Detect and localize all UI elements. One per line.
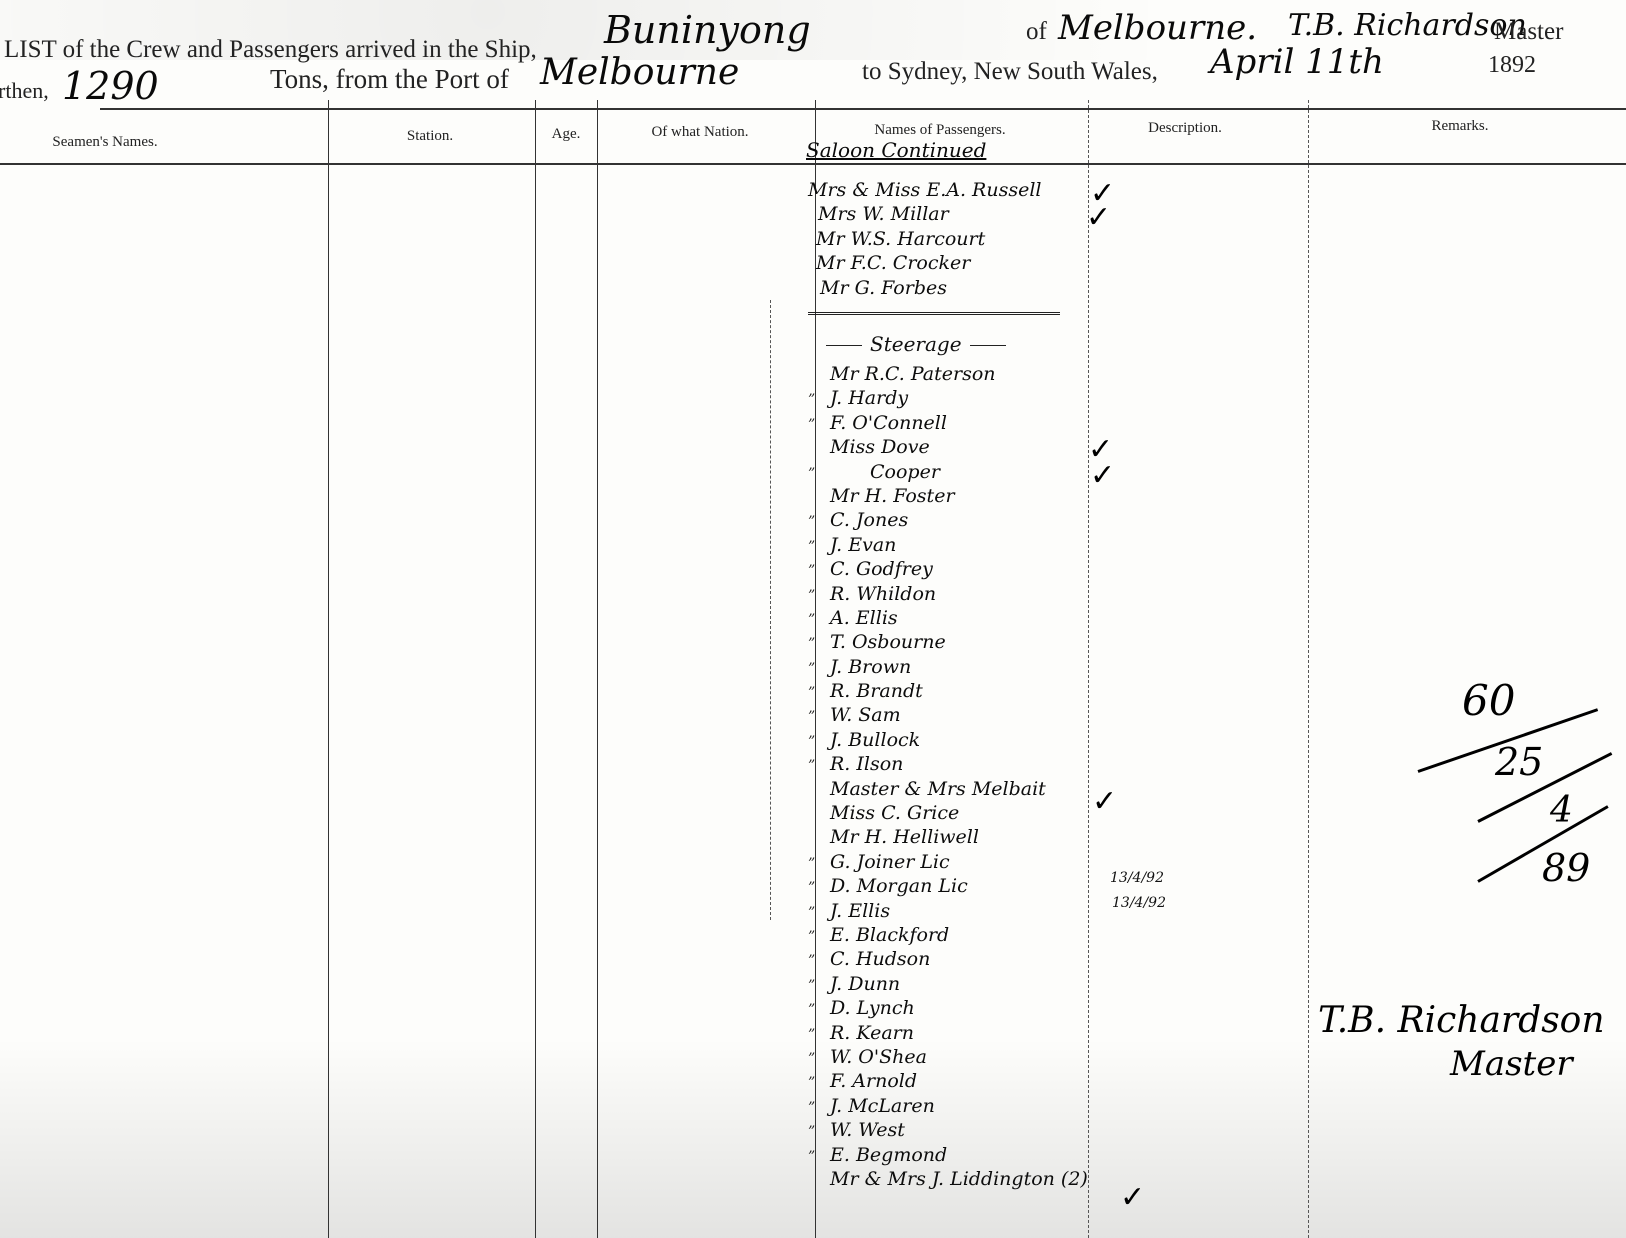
- passenger-name: D. Morgan Lic: [830, 875, 968, 897]
- passenger-row: ”R. Kearn: [808, 1021, 1078, 1045]
- licence-date-note: 13/4/92: [1112, 895, 1166, 911]
- passenger-name: Mr W.S. Harcourt: [816, 228, 985, 250]
- ditto-mark: ”: [808, 632, 830, 656]
- passenger-row: ”J. Brown: [808, 655, 1078, 679]
- passenger-row: ”W. O'Shea: [808, 1045, 1078, 1069]
- passenger-row: ”Cooper: [808, 460, 1078, 484]
- master-signature: T.B. Richardson: [1318, 1000, 1605, 1041]
- ditto-mark: ”: [808, 584, 830, 608]
- passenger-row: ”R. Brandt: [808, 679, 1078, 703]
- tally-number: 89: [1542, 846, 1590, 890]
- ditto-mark: ”: [808, 852, 830, 876]
- passenger-row: Miss Dove: [808, 435, 1078, 459]
- ditto-mark: ”: [808, 388, 830, 412]
- section-saloon-continued: Saloon Continued: [806, 138, 986, 162]
- column-header-age: Age.: [537, 126, 595, 143]
- ditto-mark: ”: [808, 949, 830, 973]
- tally-number: 4: [1550, 790, 1573, 831]
- ship-name: Buninyong: [604, 8, 811, 52]
- column-divider-remarks: [1308, 100, 1309, 1238]
- column-header-description: Description.: [1110, 120, 1260, 137]
- passenger-row: ”C. Hudson: [808, 947, 1078, 971]
- master-label: Master: [1494, 18, 1563, 46]
- ditto-mark: ”: [808, 705, 830, 729]
- column-divider-station: [328, 100, 329, 1238]
- saloon-end-rule: [808, 312, 1060, 315]
- steerage-passenger-list: Mr R.C. Paterson ”J. Hardy ”F. O'Connell…: [808, 362, 1078, 1191]
- passenger-row: ”J. Evan: [808, 533, 1078, 557]
- passenger-name: W. O'Shea: [830, 1046, 927, 1068]
- column-header-passengers: Names of Passengers.: [840, 122, 1040, 139]
- passenger-row: ”E. Blackford: [808, 923, 1078, 947]
- passenger-row: ”J. Dunn: [808, 972, 1078, 996]
- ditto-mark: ”: [808, 998, 830, 1022]
- ditto-mark: ”: [808, 657, 830, 681]
- ditto-mark: ”: [808, 1071, 830, 1095]
- passenger-name: F. O'Connell: [830, 412, 947, 434]
- passenger-name: J. Dunn: [830, 973, 900, 995]
- passenger-name: R. Ilson: [830, 753, 903, 775]
- passenger-name: W. West: [830, 1119, 905, 1141]
- passenger-name: R. Kearn: [830, 1022, 914, 1044]
- passenger-row: ”E. Begmond: [808, 1143, 1078, 1167]
- passenger-name: J. McLaren: [830, 1095, 935, 1117]
- passenger-name: T. Osbourne: [830, 631, 946, 653]
- arrival-date: April 11th: [1210, 42, 1384, 82]
- tally-number: 25: [1495, 740, 1543, 784]
- passenger-row: ”J. McLaren: [808, 1094, 1078, 1118]
- passenger-name: W. Sam: [830, 704, 901, 726]
- passenger-row: Mr W.S. Harcourt: [808, 227, 1078, 251]
- passenger-name: C. Hudson: [830, 948, 930, 970]
- column-header-nation: Of what Nation.: [620, 124, 780, 141]
- check-mark-icon: ✓: [1092, 784, 1117, 819]
- passenger-name: F. Arnold: [830, 1070, 917, 1092]
- tonnage: 1290: [62, 64, 159, 108]
- header-list-title: LIST of the Crew and Passengers arrived …: [4, 36, 537, 64]
- passenger-name: Cooper: [830, 461, 940, 483]
- passenger-row: ”W. West: [808, 1118, 1078, 1142]
- ditto-mark: ”: [808, 876, 830, 900]
- passenger-name: J. Hardy: [830, 387, 908, 409]
- check-mark-icon: ✓: [1086, 200, 1111, 235]
- passenger-name: D. Lynch: [830, 997, 915, 1019]
- ditto-mark: ”: [808, 510, 830, 534]
- check-mark-icon: ✓: [1120, 1180, 1145, 1215]
- ditto-mark: ”: [808, 754, 830, 778]
- ditto-mark: ”: [808, 1120, 830, 1144]
- passenger-name: E. Begmond: [830, 1144, 947, 1166]
- ditto-mark: ”: [808, 1096, 830, 1120]
- passenger-row: Mr & Mrs J. Liddington (2): [808, 1167, 1078, 1191]
- passenger-row: ”D. Lynch: [808, 996, 1078, 1020]
- arrival-year: 1892: [1488, 52, 1536, 79]
- ditto-mark: ”: [808, 535, 830, 559]
- passenger-row: Mr G. Forbes: [808, 276, 1078, 300]
- ditto-mark: ”: [808, 974, 830, 998]
- passenger-row: ”A. Ellis: [808, 606, 1078, 630]
- of-label: of: [1026, 18, 1047, 46]
- passenger-name: E. Blackford: [830, 924, 949, 946]
- passenger-row: ”R. Ilson: [808, 752, 1078, 776]
- tons-from-port-label: Tons, from the Port of: [270, 64, 509, 95]
- burthen-label: rthen,: [0, 78, 49, 104]
- passenger-name: J. Evan: [830, 534, 896, 556]
- passenger-row: ”R. Whildon: [808, 582, 1078, 606]
- passenger-row: Mrs & Miss E.A. Russell: [808, 178, 1078, 202]
- passenger-name: Miss C. Grice: [830, 802, 959, 824]
- destination-label: to Sydney, New South Wales,: [862, 58, 1158, 86]
- ditto-mark: ”: [808, 1023, 830, 1047]
- column-header-seamens-names: Seamen's Names.: [30, 134, 180, 151]
- tally-number: 60: [1462, 676, 1515, 725]
- nation-inner-rule: [770, 300, 771, 920]
- passenger-row: ”J. Hardy: [808, 386, 1078, 410]
- passenger-name: Mr H. Helliwell: [830, 826, 979, 848]
- passenger-row: ”W. Sam: [808, 703, 1078, 727]
- departure-port: Melbourne: [540, 52, 739, 93]
- passenger-name: J. Ellis: [830, 900, 890, 922]
- passenger-row: ”D. Morgan Lic: [808, 874, 1078, 898]
- passenger-row: ”C. Jones: [808, 508, 1078, 532]
- passenger-name: R. Brandt: [830, 680, 923, 702]
- passenger-row: ”J. Ellis: [808, 899, 1078, 923]
- ditto-mark: ”: [808, 608, 830, 632]
- passenger-row: ”C. Godfrey: [808, 557, 1078, 581]
- ditto-mark: ”: [808, 1047, 830, 1071]
- passenger-name: Miss Dove: [830, 436, 930, 458]
- saloon-passenger-list: Mrs & Miss E.A. Russell Mrs W. Millar Mr…: [808, 178, 1078, 300]
- master-signature-title: Master: [1450, 1044, 1573, 1084]
- column-header-station: Station.: [360, 128, 500, 145]
- header-bottom-rule: [0, 163, 1626, 165]
- ditto-mark: ”: [808, 462, 830, 486]
- passenger-name: J. Bullock: [830, 729, 920, 751]
- passenger-row: Mr H. Helliwell: [808, 825, 1078, 849]
- passenger-name: Mr F.C. Crocker: [816, 252, 970, 274]
- passenger-row: Mr H. Foster: [808, 484, 1078, 508]
- ditto-mark: ”: [808, 1145, 830, 1169]
- passenger-row: ”F. Arnold: [808, 1069, 1078, 1093]
- passenger-name: G. Joiner Lic: [830, 851, 950, 873]
- ditto-mark: ”: [808, 901, 830, 925]
- master-name: T.B. Richardson: [1288, 8, 1527, 43]
- licence-date-note: 13/4/92: [1110, 870, 1164, 886]
- passenger-name: Mrs & Miss E.A. Russell: [808, 179, 1042, 201]
- column-divider-nation: [597, 100, 598, 1238]
- passenger-name: R. Whildon: [830, 583, 936, 605]
- passenger-row: ”J. Bullock: [808, 728, 1078, 752]
- passenger-row: Master & Mrs Melbait: [808, 777, 1078, 801]
- passenger-row: ”T. Osbourne: [808, 630, 1078, 654]
- passenger-name: Master & Mrs Melbait: [830, 778, 1046, 800]
- ditto-mark: ”: [808, 559, 830, 583]
- ditto-mark: ”: [808, 730, 830, 754]
- column-divider-age: [535, 100, 536, 1238]
- passenger-name: Mrs W. Millar: [818, 203, 949, 225]
- ditto-mark: ”: [808, 925, 830, 949]
- passenger-row: Mr F.C. Crocker: [808, 251, 1078, 275]
- passenger-name: Mr G. Forbes: [820, 277, 947, 299]
- ditto-mark: ”: [808, 413, 830, 437]
- passenger-row: Mrs W. Millar: [808, 202, 1078, 226]
- column-divider-description: [1088, 100, 1089, 1238]
- passenger-name: Mr & Mrs J. Liddington (2): [830, 1168, 1088, 1190]
- manifest-page: LIST of the Crew and Passengers arrived …: [0, 0, 1626, 1238]
- passenger-name: C. Godfrey: [830, 558, 933, 580]
- column-header-remarks: Remarks.: [1380, 118, 1540, 135]
- passenger-row: Mr R.C. Paterson: [808, 362, 1078, 386]
- passenger-row: ”G. Joiner Lic: [808, 850, 1078, 874]
- check-mark-icon: ✓: [1090, 458, 1115, 493]
- passenger-row: Miss C. Grice: [808, 801, 1078, 825]
- passenger-name: Mr H. Foster: [830, 485, 955, 507]
- passenger-name: J. Brown: [830, 656, 911, 678]
- passenger-row: ”F. O'Connell: [808, 411, 1078, 435]
- ditto-mark: ”: [808, 681, 830, 705]
- passenger-name: C. Jones: [830, 509, 908, 531]
- passenger-name: A. Ellis: [830, 607, 898, 629]
- passenger-name: Mr R.C. Paterson: [830, 363, 996, 385]
- section-steerage: Steerage: [818, 332, 1014, 356]
